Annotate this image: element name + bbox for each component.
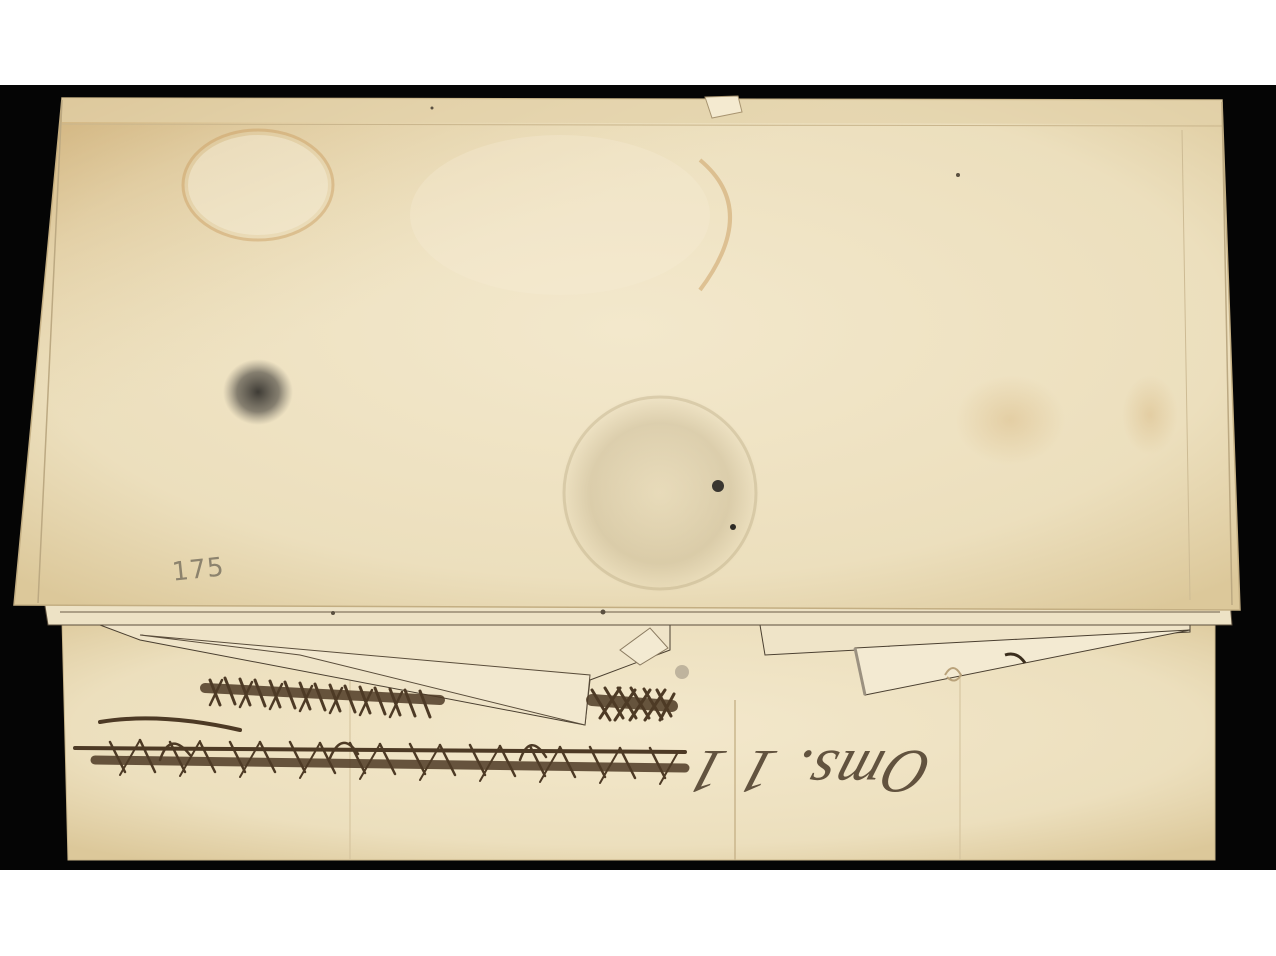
- letter-lower-body: [62, 620, 1215, 860]
- pencil-annotation: 175: [171, 552, 226, 587]
- inverted-manuscript-annotation: Oms. 1 1: [678, 735, 939, 806]
- folded-letter: 175 Oms. 1 1: [0, 0, 1276, 956]
- letter-top-panel: [14, 96, 1240, 615]
- letter-illustration: [0, 0, 1276, 956]
